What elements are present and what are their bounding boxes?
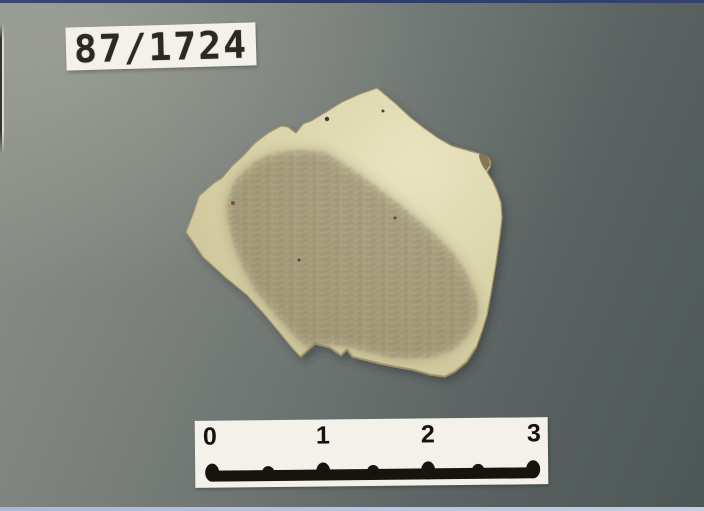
photo-frame: 87/1724 <box>0 0 704 511</box>
ruler-tick-0 <box>205 464 219 482</box>
scale-number-3: 3 <box>527 420 541 446</box>
inclusion-speck <box>382 110 385 113</box>
photo-border-bottom <box>0 507 704 511</box>
scale-ruler <box>195 457 548 485</box>
scale-number-2: 2 <box>421 421 435 447</box>
scale-bar: 0 1 2 3 <box>195 417 549 488</box>
scale-number-0: 0 <box>203 424 217 450</box>
inclusion-speck <box>325 117 329 121</box>
inclusion-speck <box>394 217 397 220</box>
scale-number-1: 1 <box>316 422 330 448</box>
inclusion-speck <box>231 201 235 205</box>
inclusion-speck <box>298 259 301 262</box>
